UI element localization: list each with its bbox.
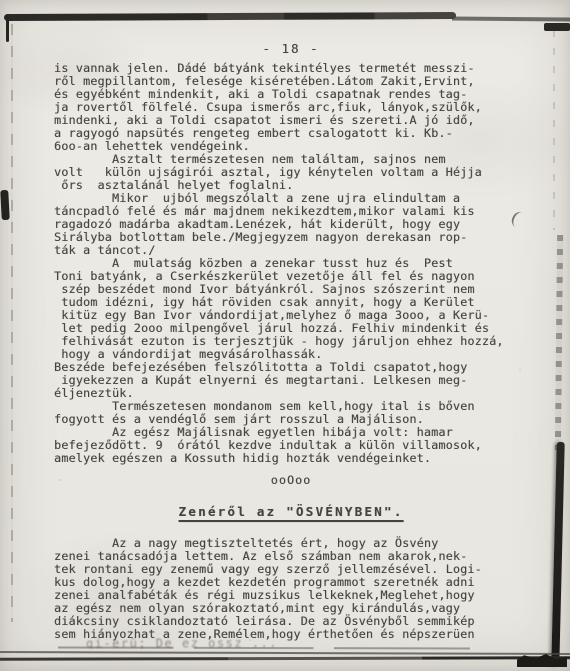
cutoff-line-fragment: gi-erü; De ez ossz ... xyxy=(86,635,516,649)
scan-artifact-right-speckle xyxy=(555,235,563,450)
article-majalis: is vannak jelen. Dádé bátyánk tekintélye… xyxy=(54,62,528,465)
paragraph: Természetesen mondanom sem kell,hogy ita… xyxy=(54,400,528,426)
scan-artifact-top-edge-right xyxy=(452,16,570,21)
scanned-page: - 18 - is vannak jelen. Dádé bátyánk tek… xyxy=(0,0,570,671)
scan-artifact-left-corner xyxy=(6,14,9,42)
paragraph: Mikor ujból megszólalt a zene ujra elind… xyxy=(54,192,528,257)
section-divider: ooOoo xyxy=(54,474,528,487)
paragraph: Az egész Majálisnak egyetlen hibája volt… xyxy=(54,426,528,465)
scan-artifact-right-faint-line xyxy=(553,30,555,230)
scan-artifact-top-corner xyxy=(544,23,570,31)
text-block: is vannak jelen. Dádé bátyánk tekintélye… xyxy=(54,62,528,641)
scan-artifact-left-blot xyxy=(0,190,10,220)
scan-artifact-bottom-line xyxy=(0,651,570,655)
section-title: Zenéről az "ÖSVÉNYBEN". xyxy=(54,504,528,520)
scan-artifact-bottom-edge xyxy=(0,656,570,660)
page-number: - 18 - xyxy=(54,41,528,56)
scan-artifact-left-edge xyxy=(11,24,13,622)
scan-artifact-top-edge xyxy=(4,12,456,21)
article-zene: Az a nagy megtiszteltetés ért, hogy az Ö… xyxy=(54,537,528,641)
paragraph: A mulatság közben a zenekar tusst huz és… xyxy=(54,257,528,400)
paragraph: Asztalt természetesen nem találtam, sajn… xyxy=(54,153,528,192)
scan-artifact-right-edge-bar xyxy=(551,442,564,666)
paragraph: Az a nagy megtiszteltetés ért, hogy az Ö… xyxy=(54,537,528,641)
paragraph: is vannak jelen. Dádé bátyánk tekintélye… xyxy=(54,62,528,153)
